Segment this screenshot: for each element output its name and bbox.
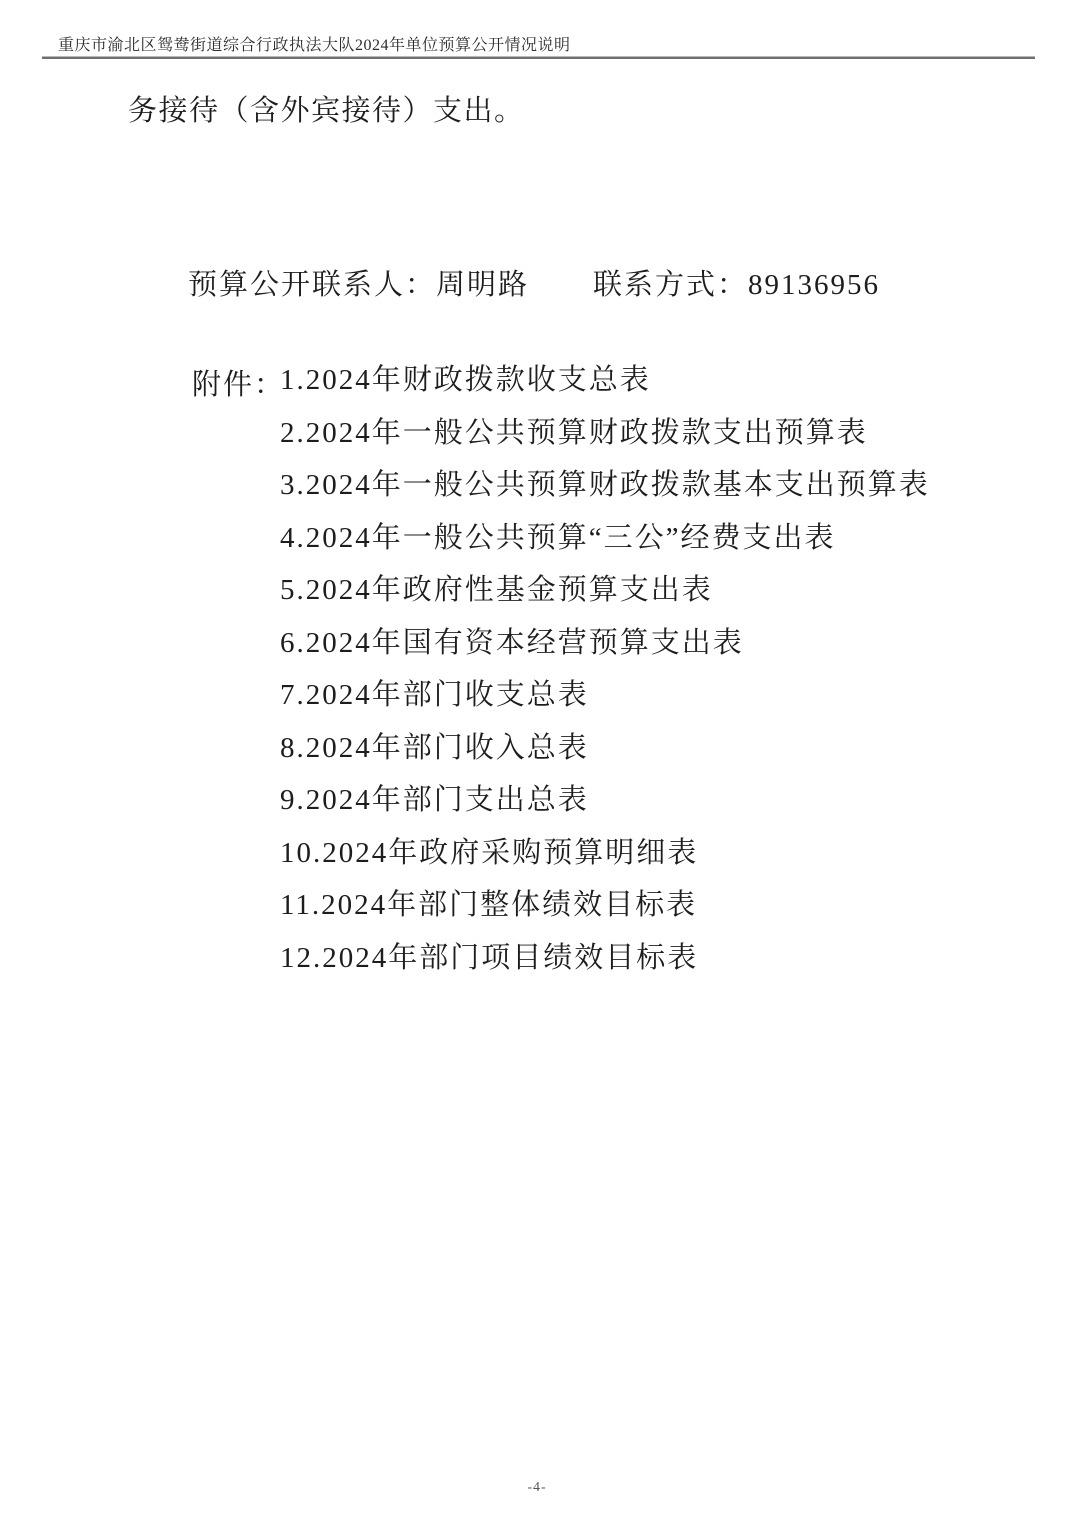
- attachments-list: 1.2024年财政拨款收支总表 2.2024年一般公共预算财政拨款支出预算表 3…: [280, 362, 930, 992]
- document-header-title: 重庆市渝北区鸳鸯街道综合行政执法大队2024年单位预算公开情况说明: [58, 32, 571, 55]
- attachment-item: 4.2024年一般公共预算“三公”经费支出表: [280, 520, 930, 573]
- attachment-item: 6.2024年国有资本经营预算支出表: [280, 625, 930, 678]
- attachment-item: 1.2024年财政拨款收支总表: [280, 362, 930, 415]
- page-number: -4-: [0, 1480, 1074, 1496]
- attachment-item: 8.2024年部门收入总表: [280, 730, 930, 783]
- attachment-item: 5.2024年政府性基金预算支出表: [280, 572, 930, 625]
- attachment-item: 3.2024年一般公共预算财政拨款基本支出预算表: [280, 467, 930, 520]
- contact-person-label: 预算公开联系人：: [188, 269, 436, 301]
- header-divider-rule: [42, 56, 1035, 59]
- contact-person-name: 周明路: [436, 269, 529, 301]
- contact-line: 预算公开联系人：周明路联系方式：89136956: [188, 262, 880, 303]
- contact-phone-label: 联系方式：: [593, 269, 748, 301]
- attachment-item: 7.2024年部门收支总表: [280, 677, 930, 730]
- attachments-label: 附件：: [192, 362, 285, 403]
- body-paragraph: 务接待（含外宾接待）支出。: [128, 88, 525, 129]
- contact-phone-number: 89136956: [748, 269, 880, 301]
- attachment-item: 12.2024年部门项目绩效目标表: [280, 940, 930, 993]
- attachment-item: 9.2024年部门支出总表: [280, 782, 930, 835]
- attachment-item: 11.2024年部门整体绩效目标表: [280, 887, 930, 940]
- attachment-item: 10.2024年政府采购预算明细表: [280, 835, 930, 888]
- document-page: 重庆市渝北区鸳鸯街道综合行政执法大队2024年单位预算公开情况说明 务接待（含外…: [0, 0, 1074, 1520]
- attachment-item: 2.2024年一般公共预算财政拨款支出预算表: [280, 415, 930, 468]
